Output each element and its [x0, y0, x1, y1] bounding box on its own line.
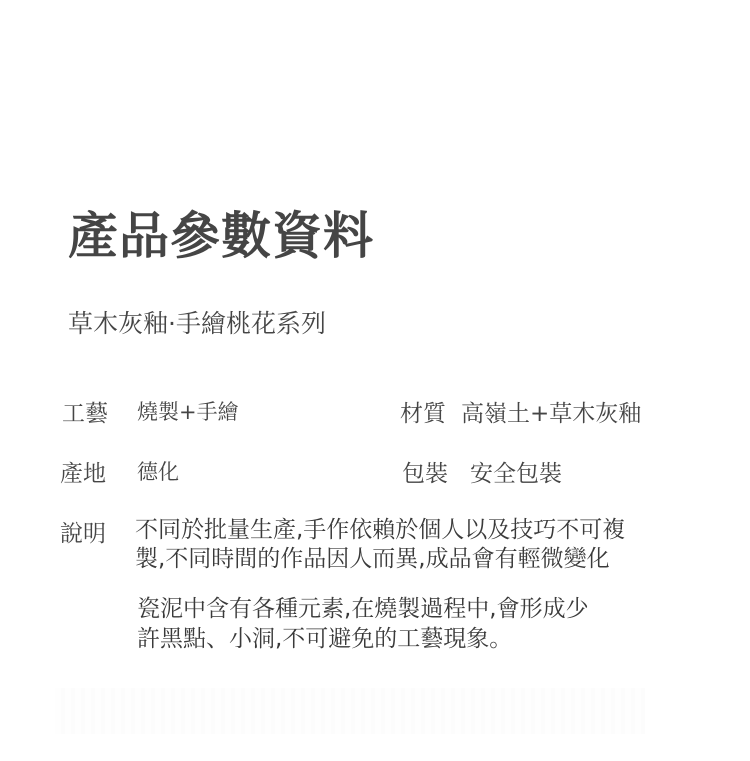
spec-craft-value: 燒製+手繪: [137, 396, 239, 426]
spec-craft-label: 工藝: [62, 395, 108, 428]
description-label: 說明: [60, 515, 106, 548]
page-title: 產品參數資料: [68, 196, 374, 268]
spec-origin-label: 產地: [60, 455, 106, 488]
spec-packaging-value: 安全包裝: [470, 455, 562, 488]
description-paragraph-1-line-2: 製,不同時間的作品因人而異,成品會有輕微變化: [135, 544, 610, 574]
description-paragraph-2-line-2: 許黑點、小洞,不可避免的工藝現象。: [137, 624, 512, 654]
spec-packaging-label: 包裝: [402, 455, 448, 488]
product-series-subtitle: 草木灰釉·手繪桃花系列: [68, 304, 326, 340]
faint-watermark-artifact: [55, 688, 645, 734]
spec-origin-value: 德化: [137, 456, 179, 486]
description-paragraph-1-line-1: 不同於批量生產,手作依賴於個人以及技巧不可複: [135, 515, 625, 545]
description-paragraph-2-line-1: 瓷泥中含有各種元素,在燒製過程中,會形成少: [137, 594, 589, 624]
spec-material-value: 高嶺土+草木灰釉: [461, 395, 641, 428]
spec-material-label: 材質: [400, 395, 446, 428]
